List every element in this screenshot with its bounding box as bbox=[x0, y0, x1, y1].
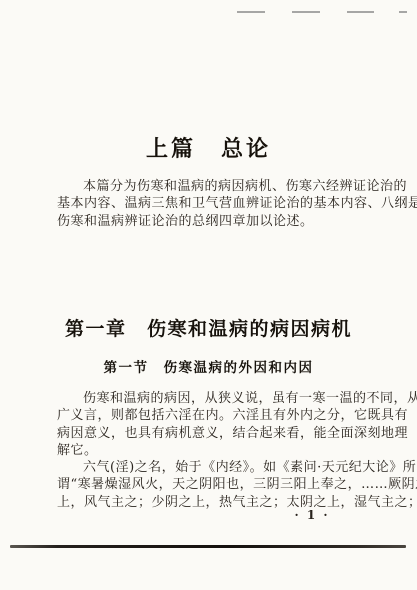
chapter-title: 第一章 伤寒和温病的病因病机 bbox=[0, 314, 417, 341]
text-line: 伤寒和温病辨证论治的总纲四章加以论述。 bbox=[57, 213, 365, 230]
part-title: 上篇 总论 bbox=[0, 132, 417, 163]
section-paragraph-2: 六气(淫)之名，始于《内经》。如《素问·天元纪大论》所 谓“寒暑燥湿风火，天之阴… bbox=[57, 459, 365, 511]
text-line: 六气(淫)之名，始于《内经》。如《素问·天元纪大论》所 bbox=[57, 459, 365, 476]
scan-dash bbox=[292, 11, 320, 13]
page-number: · 1 · bbox=[290, 508, 334, 522]
scan-dash bbox=[237, 11, 265, 13]
text-line: 伤寒和温病的病因，从狭义说，虽有一寒一温的不同，从 bbox=[57, 390, 365, 407]
footer-rule bbox=[10, 545, 406, 548]
section-title: 第一节 伤寒温病的外因和内因 bbox=[0, 356, 417, 376]
text-line: 谓“寒暑燥湿风火，天之阴阳也，三阴三阳上奉之，……厥阴之 bbox=[57, 476, 365, 493]
text-line: 本篇分为伤寒和温病的病因病机、伤寒六经辨证论治的 bbox=[57, 178, 365, 195]
section-paragraph-1: 伤寒和温病的病因，从狭义说，虽有一寒一温的不同，从 广义言，则都包括六淫在内。六… bbox=[57, 390, 365, 459]
scan-dash bbox=[399, 11, 407, 13]
book-page: 上篇 总论 本篇分为伤寒和温病的病因病机、伤寒六经辨证论治的 基本内容、温病三焦… bbox=[0, 0, 417, 590]
text-line: 基本内容、温病三焦和卫气营血辨证论治的基本内容、八纲是 bbox=[57, 195, 365, 212]
text-line: 解它。 bbox=[57, 442, 365, 459]
text-line: 广义言，则都包括六淫在内。六淫且有外内之分，它既具有 bbox=[57, 407, 365, 424]
scan-dash bbox=[347, 11, 374, 13]
intro-paragraph: 本篇分为伤寒和温病的病因病机、伤寒六经辨证论治的 基本内容、温病三焦和卫气营血辨… bbox=[57, 178, 365, 230]
text-line: 病因意义，也具有病机意义，结合起来看，能全面深刻地理 bbox=[57, 425, 365, 442]
